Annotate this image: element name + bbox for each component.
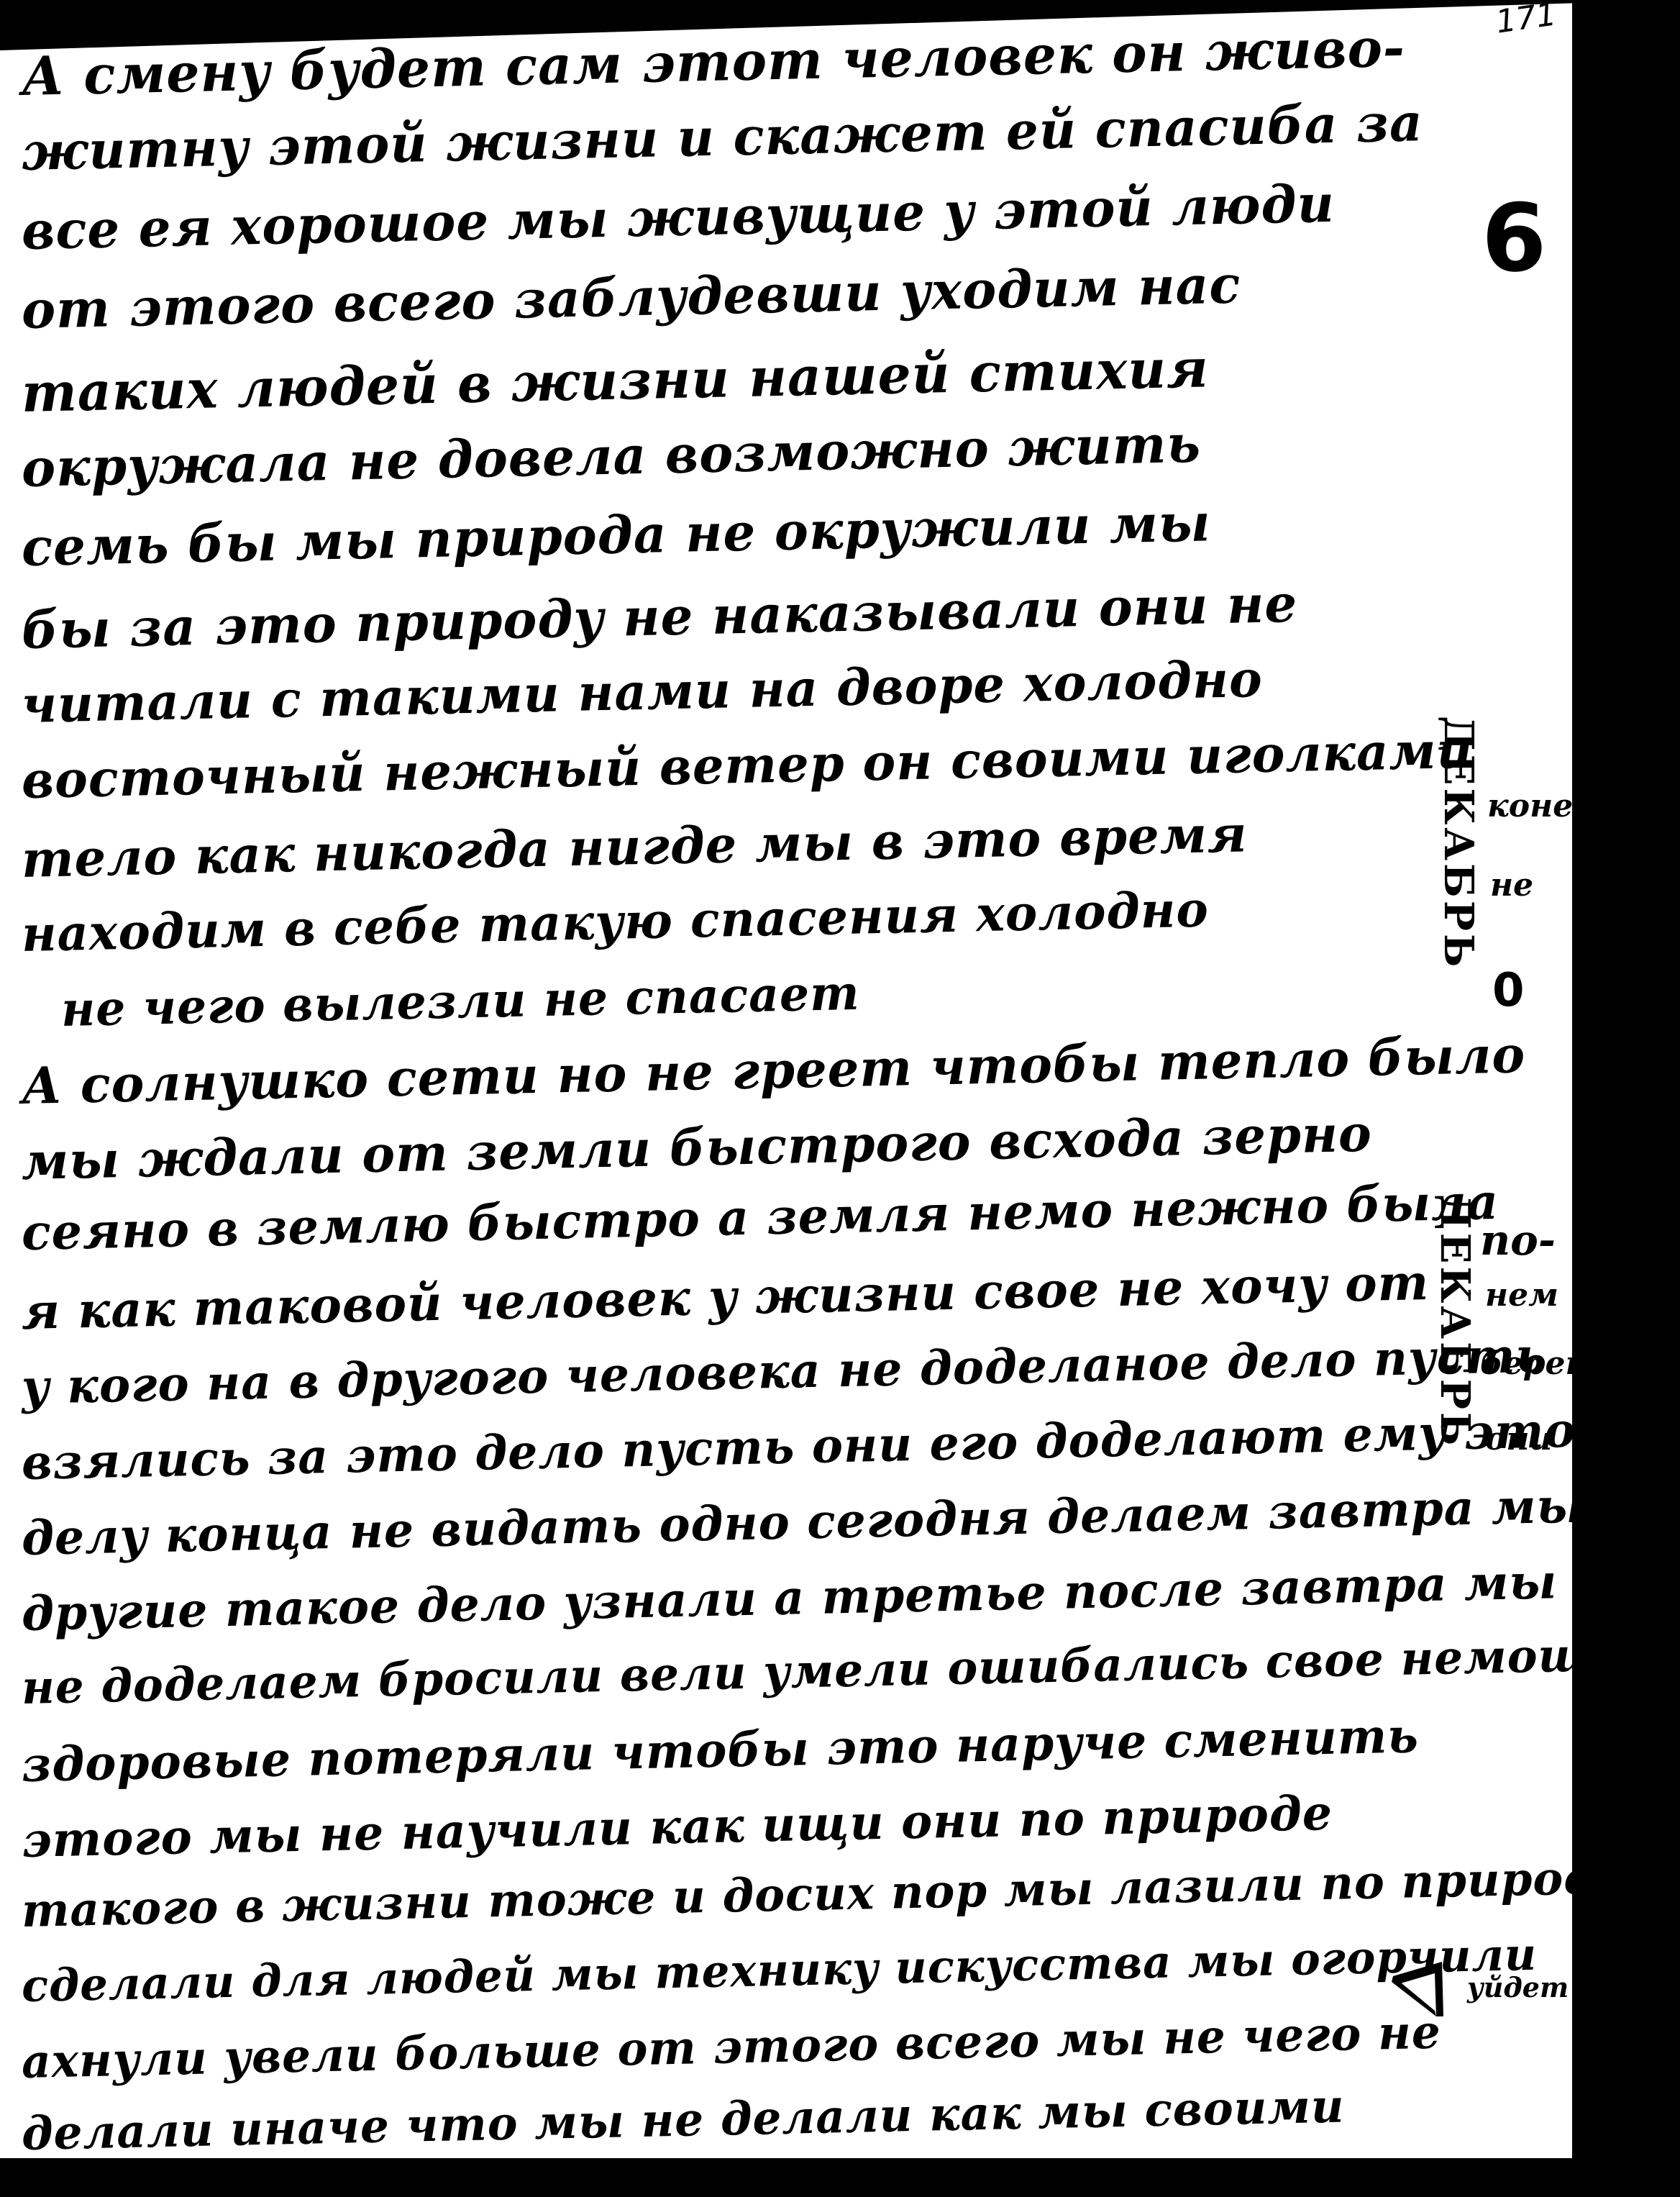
text-line: делу конца не видать одно сегодня делаем… bbox=[21, 1481, 1585, 1562]
margin-note: по- bbox=[1480, 1216, 1556, 1265]
text-line: не чего вылезли не спасает bbox=[60, 969, 860, 1033]
text-line: бы за это природу не наказывали они не bbox=[21, 578, 1298, 656]
text-line: находим в себе такую спасения холодно bbox=[21, 885, 1209, 959]
text-line: таких людей в жизни нашей стихия bbox=[21, 342, 1209, 420]
margin-note: конец bbox=[1487, 788, 1599, 824]
text-line: мы ждали от земли быстрого всхода зерно bbox=[21, 1109, 1372, 1187]
text-line: А солнушко сети но не греет чтобы тепло … bbox=[21, 1029, 1525, 1111]
text-line: семь бы мы природа не окружили мы bbox=[21, 496, 1211, 573]
text-line: другие такое дело узнали а третье после … bbox=[21, 1557, 1558, 1637]
circled-zero-mark: 0 bbox=[1492, 964, 1525, 1017]
circled-six-mark: 6 bbox=[1482, 183, 1546, 293]
text-line: такого в жизни тоже и досих пор мы лазил… bbox=[21, 1855, 1625, 1934]
margin-note: они bbox=[1485, 1421, 1552, 1457]
text-line: сделали для людей мы технику искусства м… bbox=[21, 1932, 1537, 2009]
scanned-page: 171 А смену будет сам этот человек он жи… bbox=[0, 0, 1680, 2197]
text-line: тело как никогда нигде мы в это время bbox=[21, 809, 1248, 885]
seven-mark-icon bbox=[1392, 1960, 1446, 2018]
text-line: окружала не довела возможно жить bbox=[21, 418, 1201, 494]
text-line: сеяно в землю быстро а земля немо нежно … bbox=[21, 1178, 1499, 1257]
handwritten-text: А смену будет сам этот человек он живо-ж… bbox=[0, 0, 1410, 2197]
text-line: взялись за это дело пусть они его додела… bbox=[21, 1405, 1650, 1486]
text-line: делали иначе что мы не делали как мы сво… bbox=[21, 2083, 1345, 2157]
text-line: этого мы не научили как ищи они по приро… bbox=[21, 1789, 1333, 1864]
text-line: восточный нежный ветер он своими иголкам… bbox=[21, 725, 1474, 806]
margin-note: не bbox=[1490, 867, 1533, 904]
text-line: ахнули увели больше от этого всего мы не… bbox=[21, 2010, 1441, 2085]
text-line: все ея хорошое мы живущие у этой люди bbox=[21, 178, 1335, 257]
text-line: здоровые потеряли чтобы это наруче смени… bbox=[21, 1711, 1419, 1788]
margin-note: нем bbox=[1485, 1277, 1558, 1314]
text-line: житну этой жизни и скажет ей спасиба за bbox=[21, 96, 1423, 178]
text-line: читали с такими нами на дворе холодно bbox=[21, 654, 1263, 730]
date-stamp-december: ДЕКАБРЬ bbox=[1431, 1194, 1479, 1448]
text-line: у кого на в другого человека не доделано… bbox=[21, 1332, 1547, 1411]
text-line: от этого всего заблудевши уходим нас bbox=[21, 259, 1241, 336]
text-line: я как таковой человек у жизни свое не хо… bbox=[21, 1258, 1429, 1337]
text-line: А смену будет сам этот человек он живо- bbox=[21, 22, 1405, 104]
date-stamp-december: ДЕКАБРЬ bbox=[1435, 716, 1482, 970]
margin-note: берет bbox=[1480, 1345, 1599, 1382]
margin-note: уйдет bbox=[1467, 1971, 1569, 2003]
